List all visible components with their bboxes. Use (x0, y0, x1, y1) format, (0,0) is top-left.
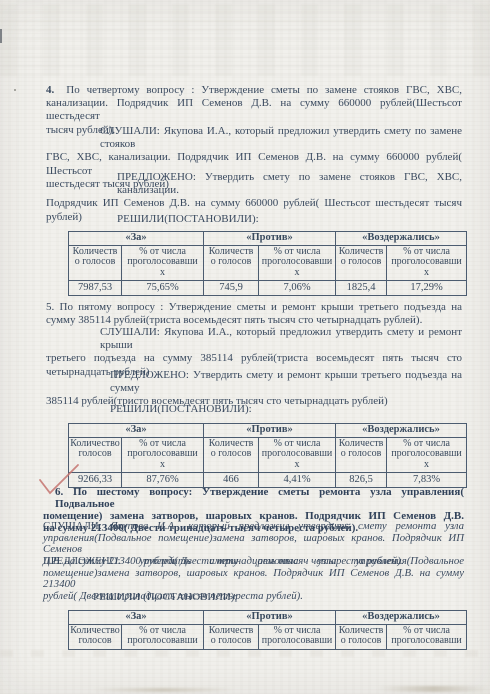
table-subheader-row: Количество голосов % от числа проголосов… (69, 624, 467, 649)
text-line: помещение)замена затворов, шаровых крано… (43, 568, 464, 591)
text-line: 4.По четвертому вопросу : Утверждение см… (46, 84, 462, 97)
subheader-cell: Количеств о голосов (336, 624, 387, 649)
resolved-label: РЕШИЛИ(ПОСТАНОВИЛИ): (46, 213, 462, 226)
group-header-protiv: «Против» (204, 611, 336, 625)
text-line: 6. По шестому вопросу: Утверждение сметы… (43, 486, 464, 510)
subheader-cell: Количеств о голосов (336, 437, 387, 473)
group-header-protiv: «Против» (204, 232, 336, 246)
vote-table-question-5: «За» «Против» «Воздержались» Количество … (68, 423, 467, 488)
scan-smudge-band (0, 650, 490, 657)
text-line: третьего подъезда на сумму 385114 рублей… (46, 352, 462, 365)
subheader-cell: Количеств о голосов (204, 245, 259, 281)
scan-edge-artifact (0, 29, 2, 43)
document-scan-page: 4.По четвертому вопросу : Утверждение см… (0, 0, 490, 694)
table-subheader-row: Количеств о голосов % от числа проголосо… (69, 245, 467, 281)
text-line: 5. По пятому вопросу : Утверждение сметы… (46, 301, 462, 314)
subheader-cell: % от числа проголосовавши х (122, 245, 204, 281)
section-question-4-resolved-label: РЕШИЛИ(ПОСТАНОВИЛИ): (46, 213, 462, 226)
table-group-header-row: «За» «Против» «Воздержались» (69, 611, 467, 625)
value-cell: 745,9 (204, 281, 259, 296)
subheader-cell: % от числа проголосовавши х (259, 437, 336, 473)
scan-speck-artifact (14, 89, 16, 91)
subheader-cell: Количеств о голосов (204, 437, 259, 473)
subheader-cell: % от числа проголосовавши (259, 624, 336, 649)
scan-smudge-left (92, 688, 234, 692)
text-line: канализации. Подрядчик ИП Семенов Д.В. н… (46, 97, 462, 123)
section-question-5-paragraph: 5. По пятому вопросу : Утверждение сметы… (46, 301, 462, 327)
text-line: ПРЕДЛОЖЕНО: Утвердить смету по замене ст… (46, 171, 462, 197)
text-line: Подрядчик ИП Семенов Д.В. на сумму 66000… (46, 197, 462, 210)
text-line: СЛУШАЛИ: Якупова И.А., который предложил… (43, 521, 464, 533)
value-cell: 17,29% (387, 281, 467, 296)
text-line: ПРЕДЛОЖЕНО: Утвердить смету и ремонт кры… (46, 369, 462, 395)
section-question-5-resolved-label: РЕШИЛИ(ПОСТАНОВИЛИ): (46, 403, 462, 416)
value-cell: 7987,53 (69, 281, 122, 296)
scan-smudge-right (378, 686, 490, 692)
table-subheader-row: Количество голосов % от числа проголосов… (69, 437, 467, 473)
vote-table-question-4: «За» «Против» «Воздержались» Количеств о… (68, 231, 467, 296)
subheader-cell: Количеств о голосов (204, 624, 259, 649)
text-line: управления(Подвальное помещение)замена з… (43, 533, 464, 556)
vote-table-question-6: «За» «Против» «Воздержались» Количество … (68, 610, 467, 650)
slushali-label: СЛУШАЛИ: (43, 520, 102, 532)
table-group-header-row: «За» «Против» «Воздержались» (69, 232, 467, 246)
subheader-cell: Количеств о голосов (69, 245, 122, 281)
text-line: СЛУШАЛИ: Якупова И.А., который предложил… (46, 326, 462, 352)
value-cell: 1825,4 (336, 281, 387, 296)
predlozheno-label: ПРЕДЛОЖЕНО: (43, 555, 120, 567)
table-values-row: 7987,53 75,65% 745,9 7,06% 1825,4 17,29% (69, 281, 467, 296)
subheader-cell: % от числа проголосовавши (122, 624, 204, 649)
resolved-label: РЕШИЛИ(ПОСТАНОВИЛИ): (46, 403, 462, 416)
subheader-cell: % от числа проголосовавши х (387, 437, 467, 473)
group-header-vozderzhalis: «Воздержались» (336, 611, 467, 625)
text-span: По четвертому вопросу : Утверждение смет… (66, 84, 462, 96)
subheader-cell: Количеств о голосов (336, 245, 387, 281)
text-line: СЛУШАЛИ: Якупова И.А., который предложил… (46, 125, 462, 151)
value-cell: 75,65% (122, 281, 204, 296)
resolved-label: РЕШИЛИ (ПОСТАНОВИЛИ): (43, 591, 464, 604)
subheader-cell: % от числа проголосовавши х (122, 437, 204, 473)
text-line: ПРЕДЛОЖЕНО: утвердить смету ремонта узла… (43, 556, 464, 568)
group-header-protiv: «Против» (204, 424, 336, 438)
text-span: Якупова И.А., который предложил утвердит… (111, 520, 464, 532)
text-span: утвердить смету ремонта узла управления(… (140, 555, 464, 567)
group-header-vozderzhalis: «Воздержались» (336, 232, 467, 246)
group-header-za: «За» (69, 611, 204, 625)
subheader-cell: Количество голосов (69, 624, 122, 649)
subheader-cell: % от числа проголосовавши (387, 624, 467, 649)
group-header-za: «За» (69, 424, 204, 438)
subheader-cell: % от числа проголосовавши х (259, 245, 336, 281)
value-cell: 7,06% (259, 281, 336, 296)
subheader-cell: % от числа проголосовавши х (387, 245, 467, 281)
question-number: 4. (46, 84, 54, 97)
scan-top-streaks (0, 4, 490, 76)
section-question-6-resolved-label: РЕШИЛИ (ПОСТАНОВИЛИ): (43, 591, 464, 604)
table-group-header-row: «За» «Против» «Воздержались» (69, 424, 467, 438)
group-header-za: «За» (69, 232, 204, 246)
group-header-vozderzhalis: «Воздержались» (336, 424, 467, 438)
